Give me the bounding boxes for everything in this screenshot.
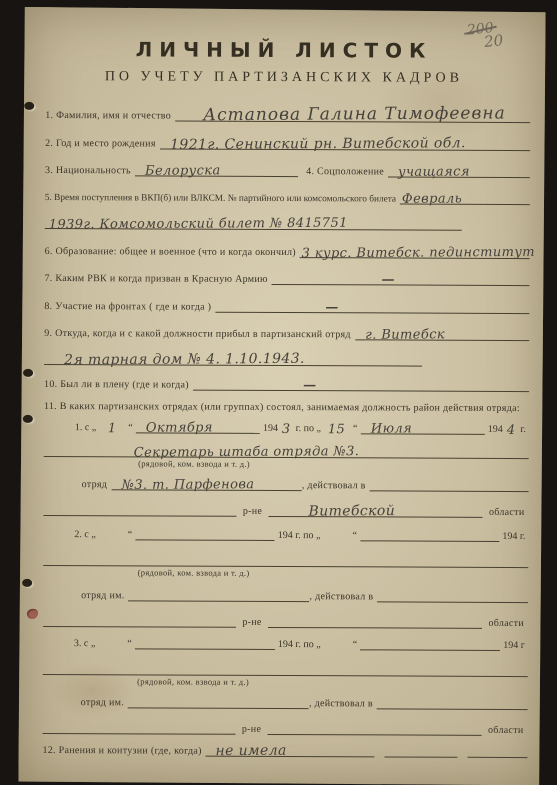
field-10-handwritten-value: — (303, 378, 316, 393)
entry-2-oblast-label: области (482, 618, 528, 629)
entry-2-caption: (рядовой, ком. взвода и т. д.) (43, 567, 344, 578)
entry-3-region-line: р-не области (43, 718, 528, 736)
entry-2-region-line: р-не области (43, 611, 528, 629)
entry-3-otryad-line: отряд им. , действовал в (81, 692, 528, 710)
punch-hole-3 (23, 415, 33, 423)
field-11-entry-1: 1. с „ 1 “ Октября 194 3 г. по „ 15 “ Ию… (72, 417, 529, 435)
entry-1-rne-label: р-не (237, 506, 268, 517)
field-9-line-2: 2я тарная дом № 4. 1.10.1943. (44, 349, 529, 367)
entry-2-rne-label: р-не (236, 617, 267, 628)
field-4-handwritten-value: учащаяся (398, 164, 470, 179)
field-9-handwritten-value-1: г. Витебск (365, 327, 445, 342)
field-12-handwritten-value: не имела (216, 743, 287, 759)
corner-note: 200 20 (466, 19, 504, 52)
field-8-handwritten-value: — (325, 300, 338, 315)
field-12-label: 12. Ранения и контузии (где, когда) (42, 745, 205, 757)
field-9-label: 9. Откуда, когда и с какой должности при… (44, 328, 355, 340)
crossed-number: 200 (466, 20, 494, 39)
entry-3-caption: (рядовой, ком. взвода и т. д.) (43, 676, 344, 687)
field-8: 8. Участие на фронтах ( где и когда ) — (44, 296, 529, 314)
field-3-label: 3. Национальность (45, 165, 135, 176)
entry-3-prefix: 3. с „ (71, 638, 98, 649)
field-2: 2. Год и место рождения 1921г. Сенинский… (45, 133, 530, 151)
entry-1-mid: г. по „ (293, 423, 324, 434)
entry-2-suffix: 194 г. (499, 531, 528, 542)
entry-2-position-line (43, 550, 528, 568)
form-body: 1. Фамилия, имя и отчество Астапова Гали… (42, 105, 530, 758)
field-1: 1. Фамилия, имя и отчество Астапова Гали… (45, 105, 530, 123)
entry-1-prefix: 1. с „ (72, 422, 99, 433)
entry-3-mid: 194 г. по „ (275, 639, 324, 650)
field-1-handwritten-value: Астапова Галина Тимофеевна (203, 103, 506, 125)
field-1-label: 1. Фамилия, имя и отчество (45, 110, 175, 122)
paper-sheet: 200 20 ЛИЧНЫЙ ЛИСТОК ПО УЧЕТУ ПАРТИЗАНСК… (18, 7, 546, 785)
field-12: 12. Ранения и контузии (где, когда) не и… (42, 740, 527, 758)
entry-1-quote-1: “ (125, 422, 136, 433)
field-5-handwritten-value-1: Февраль (402, 191, 462, 206)
entry-2-acted-label: , действовал в (309, 591, 377, 602)
entry-2-quote-2: “ (349, 530, 360, 541)
entry-1-quote-2: “ (350, 423, 361, 434)
entry-2-otryad-label: отряд им. (81, 590, 128, 601)
entry-1-year-2-printed: 194 (485, 424, 506, 435)
entry-1-day-1: 1 (108, 421, 117, 436)
entry-1-region-handwritten: Витебской (308, 503, 395, 520)
field-7-label: 7. Каким РВК и когда призван в Красную А… (44, 273, 271, 285)
field-6-handwritten-value: 3 курс. Витебск. пединститут (302, 245, 535, 261)
field-6: 6. Образование: общее и военное (что и к… (45, 241, 530, 259)
entry-1-year-1-printed: 194 (260, 423, 281, 434)
field-11-entry-3: 3. с „ “ 194 г. по „ “ 194 г (71, 633, 528, 651)
field-3-4: 3. Национальность Белоруска 4. Соцположе… (45, 160, 530, 178)
field-3-handwritten-value: Белоруска (145, 163, 221, 178)
wax-spot (27, 609, 38, 619)
form-subtitle: ПО УЧЕТУ ПАРТИЗАНСКИХ КАДРОВ (21, 69, 546, 87)
entry-3-position-line (43, 659, 528, 677)
entry-3-otryad-label: отряд им. (81, 697, 128, 708)
field-5-label: 5. Время поступления в ВКП(б) или ВЛКСМ.… (45, 193, 400, 205)
entry-1-position-line: Секретарь штаба отряда №3. (44, 441, 529, 459)
field-5-line-2: 1939г. Комсомольский билет № 8415751 (45, 213, 530, 231)
entry-1-position-handwritten: Секретарь штаба отряда №3. (134, 444, 360, 460)
field-5-handwritten-value-2: 1939г. Комсомольский билет № 8415751 (49, 216, 348, 233)
field-8-label: 8. Участие на фронтах ( где и когда ) (44, 301, 215, 313)
entry-1-year-2-handwritten: 4 (507, 423, 516, 438)
entry-3-suffix: 194 г (500, 640, 528, 651)
entry-1-day-2: 15 (328, 422, 345, 437)
entry-2-mid: 194 г. по „ (275, 530, 324, 541)
punch-hole-4 (22, 579, 32, 587)
field-9: 9. Откуда, когда и с какой должности при… (44, 323, 529, 341)
field-10-label: 10. Был ли в плену (где и когда) (44, 379, 193, 391)
entry-3-quote-2: “ (350, 639, 361, 650)
entry-2-quote-1: “ (125, 529, 136, 540)
entry-1-acted-label: , действовал в (302, 480, 370, 491)
entry-1-oblast-label: области (483, 507, 529, 518)
entry-1-suffix: г. (517, 424, 529, 435)
field-2-label: 2. Год и место рождения (45, 138, 160, 150)
punch-hole-1 (24, 102, 34, 110)
field-10: 10. Был ли в плену (где и когда) — (44, 374, 529, 392)
entry-1-year-1-handwritten: 3 (282, 422, 291, 437)
entry-1-otryad-label: отряд (82, 479, 112, 490)
entry-2-otryad-line: отряд им. , действовал в (81, 585, 528, 603)
entry-1-month-2: Июля (370, 421, 411, 436)
field-11-entry-2: 2. с „ “ 194 г. по „ “ 194 г. (71, 524, 528, 542)
field-9-handwritten-value-2: 2я тарная дом № 4. 1.10.1943. (64, 351, 305, 368)
entry-3-acted-label: , действовал в (309, 698, 377, 709)
entry-3-oblast-label: области (482, 725, 528, 736)
entry-2-prefix: 2. с „ (71, 529, 98, 540)
entry-3-quote-1: “ (124, 638, 135, 649)
field-6-label: 6. Образование: общее и военное (что и к… (45, 246, 300, 258)
field-7: 7. Каким РВК и когда призван в Красную А… (44, 268, 529, 286)
scanned-document-page: { "corner": { "crossed": "200", "number"… (0, 0, 557, 785)
field-4-label: 4. Соцположение (298, 166, 388, 177)
entry-1-otryad-line: отряд №3. т. Парфенова , действовал в (82, 474, 529, 492)
entry-3-rne-label: р-не (236, 724, 267, 735)
entry-1-region-line: р-не Витебской области (43, 500, 528, 518)
field-7-handwritten-value: — (382, 272, 395, 287)
entry-1-month-1: Октября (146, 420, 213, 435)
field-2-handwritten-value: 1921г. Сенинский рн. Витебской обл. (170, 135, 466, 153)
punch-hole-2 (23, 369, 33, 377)
field-5: 5. Время поступления в ВКП(б) или ВЛКСМ.… (45, 187, 530, 205)
entry-1-otryad-handwritten: №3. т. Парфенова (121, 477, 254, 493)
field-11-intro: 11. В каких партизанских отрядах (или гр… (44, 400, 529, 415)
